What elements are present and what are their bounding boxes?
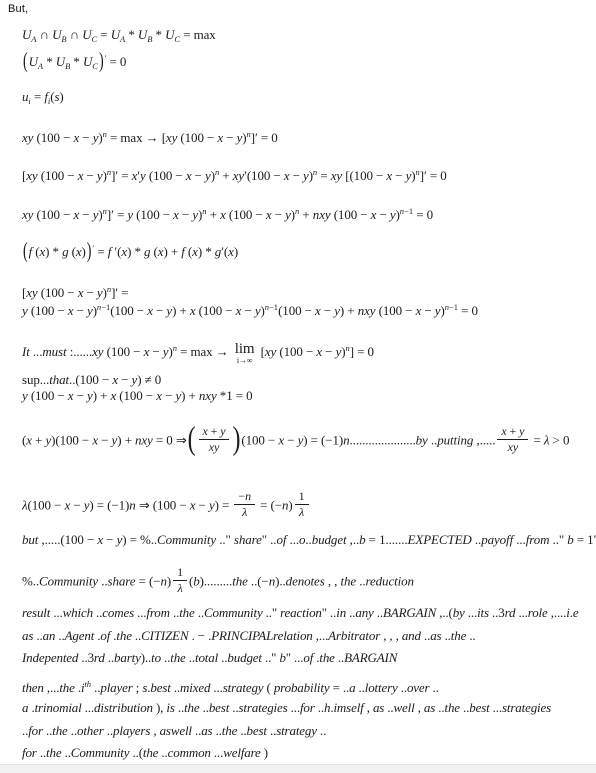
equation-simplified-sum: y (100 − x − y) + x (100 − x − y) + nxy … xyxy=(22,387,253,404)
equation-utility-intersection: UA ∩ UB ∩ UC = UA * UB * UC = max xyxy=(22,26,216,48)
equation-utility-function: ui = fi(s) xyxy=(22,88,64,110)
fraction: 1λ xyxy=(295,490,309,519)
page-bottom-edge xyxy=(0,764,596,773)
document-page: But, UA ∩ UB ∩ UC = UA * UB * UC = max (… xyxy=(0,0,596,773)
fraction: 1λ xyxy=(173,566,187,595)
equation-product-rule-general: (f (x) * g (x))′ = f ′(x) * g (x) + f (x… xyxy=(22,240,238,262)
fraction: x + yxy xyxy=(497,425,528,454)
equation-derivative-lhs: [xy (100 − x − y)n]′ = xyxy=(22,281,128,301)
equation-derivative-terms: xy (100 − x − y)n]′ = y (100 − x − y)n +… xyxy=(22,203,433,223)
equation-community-share-definition: but ,.....(100 − x − y) = %..Community .… xyxy=(22,531,596,548)
paragraph-result-line1: result ...which ..comes ...from ..the ..… xyxy=(22,604,578,621)
paragraph-strategy-line1: then ,...the .ith ..player ; s.best ..mi… xyxy=(22,676,439,696)
paragraph-result-line2: as ..an ..Agent .of .the ..CITIZEN . − .… xyxy=(22,627,476,644)
equation-max-condition: xy (100 − x − y)n = max → [xy (100 − x −… xyxy=(22,126,278,146)
equation-community-share-formula: %..Community ..share = (−n)1λ(b)........… xyxy=(22,568,414,597)
equation-lambda-substitution: (x + y)(100 − x − y) + nxy = 0 ⇒(x + yxy… xyxy=(22,427,569,456)
fraction: −nλ xyxy=(234,490,255,519)
equation-sup-that-nonzero: sup...that..(100 − x − y) ≠ 0 xyxy=(22,371,161,388)
equation-product-derivative-zero: (UA * UB * UC)′ = 0 xyxy=(22,50,126,75)
equation-lambda-solution: λ(100 − x − y) = (−1)n ⇒ (100 − x − y) =… xyxy=(22,492,311,521)
paragraph-but-label: But, xyxy=(8,3,28,15)
paragraph-strategy-line4: for ..the ..Community ..(the ..common ..… xyxy=(22,744,268,761)
paragraph-result-line3: Indepented ..3rd ..barty)..to ..the ..to… xyxy=(22,649,397,666)
equation-product-rule-expansion: [xy (100 − x − y)n]′ = x′y (100 − x − y)… xyxy=(22,164,447,184)
limit-operator: limi→∞ xyxy=(235,342,255,365)
equation-limit-condition: It ...must :......xy (100 − x − y)n = ma… xyxy=(22,340,374,365)
equation-derivative-rhs: y (100 − x − y)n−1(100 − x − y) + x (100… xyxy=(22,299,478,319)
paragraph-strategy-line3: ..for ..the ..other ..players , aswell .… xyxy=(22,722,326,739)
fraction: x + yxy xyxy=(199,425,230,454)
paragraph-strategy-line2: a .trinomial ...distribution ), is ..the… xyxy=(22,699,551,716)
